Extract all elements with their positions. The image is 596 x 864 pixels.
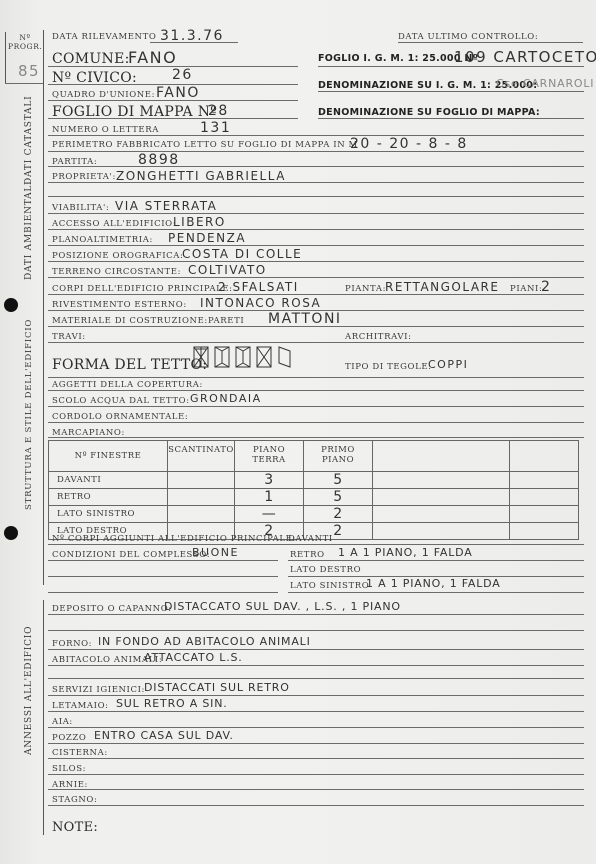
- silos-label: SILOS:: [52, 764, 86, 774]
- denominazione-mappa-label: DENOMINAZIONE SU FOGLIO DI MAPPA:: [318, 107, 540, 118]
- posizione-value[interactable]: COSTA DI COLLE: [182, 247, 302, 261]
- rule: [288, 560, 584, 561]
- punch-hole-top: [4, 298, 18, 312]
- tipo-tegole-value[interactable]: COPPI: [428, 358, 468, 371]
- data-ultimo-controllo-label: DATA ULTIMO CONTROLLO:: [398, 32, 538, 42]
- pozzo-label: POZZO: [52, 733, 86, 743]
- perimetro-label: PERIMETRO FABBRICATO LETTO SU FOGLIO DI …: [52, 140, 358, 150]
- rivestimento-value[interactable]: INTONACO ROSA: [200, 296, 321, 310]
- tipo-tegole-label: TIPO DI TEGOLE:: [345, 362, 432, 372]
- row-label: RETRO: [49, 489, 168, 506]
- rivestimento-label: RIVESTIMENTO ESTERNO:: [52, 300, 187, 310]
- table-row: DAVANTI 3 5: [49, 472, 579, 489]
- rule: [48, 245, 584, 246]
- quadro-unione-value[interactable]: FANO: [156, 85, 200, 101]
- corpi-lato-destro-label: LATO DESTRO: [290, 565, 361, 575]
- table-header-row: Nº FINESTRE SCANTINATO PIANO TERRA PRIMO…: [49, 441, 579, 472]
- travi-label: TRAVI:: [52, 332, 86, 342]
- col-header-primo-piano: PRIMO PIANO: [304, 441, 373, 472]
- rule: [318, 118, 584, 119]
- materiale-label: MATERIALE DI COSTRUZIONE:: [52, 316, 208, 326]
- cell-scantinato[interactable]: [168, 489, 235, 506]
- accesso-value[interactable]: LIBERO: [173, 215, 226, 229]
- rule: [48, 342, 584, 343]
- col-header-extra-2: [510, 441, 579, 472]
- rule: [48, 100, 298, 101]
- row-label: LATO SINISTRO: [49, 506, 168, 523]
- foglio-igm-value[interactable]: 109 CARTOCETO: [454, 48, 596, 66]
- rule: [48, 422, 584, 423]
- stagno-label: STAGNO:: [52, 795, 97, 805]
- cell-extra[interactable]: [510, 523, 579, 540]
- cell-extra[interactable]: [373, 506, 510, 523]
- rule: [48, 758, 584, 759]
- aggetti-label: AGGETTI DELLA COPERTURA:: [52, 380, 203, 390]
- posizione-label: POSIZIONE OROGRAFICA:: [52, 251, 183, 261]
- prog-box-bottom: [5, 83, 43, 84]
- prog-box-left: [5, 32, 6, 84]
- survey-form-sheet: Nº PROGR. 85 DATI CATASTALI DATI AMBIENT…: [0, 0, 596, 864]
- cell-scantinato[interactable]: [168, 472, 235, 489]
- col-header-scantinato: SCANTINATO: [168, 441, 235, 472]
- annessi-margin-line: [43, 600, 44, 835]
- cell-scantinato[interactable]: [168, 506, 235, 523]
- col-header-piano-terra: PIANO TERRA: [235, 441, 304, 472]
- row-label: DAVANTI: [49, 472, 168, 489]
- forno-value[interactable]: IN FONDO AD ABITACOLO ANIMALI: [98, 635, 311, 648]
- planoaltimetria-value[interactable]: PENDENZA: [168, 231, 246, 245]
- rule: [318, 66, 584, 67]
- scolo-label: SCOLO ACQUA DAL TETTO:: [52, 396, 190, 406]
- letamaio-label: LETAMAIO:: [52, 701, 109, 711]
- terreno-label: TERRENO CIRCOSTANTE:: [52, 267, 181, 277]
- scolo-value[interactable]: GRONDAIA: [190, 392, 262, 405]
- windows-table: Nº FINESTRE SCANTINATO PIANO TERRA PRIMO…: [48, 440, 579, 540]
- proprieta-label: PROPRIETA':: [52, 172, 116, 182]
- piani-value[interactable]: 2: [541, 279, 551, 295]
- section-struttura: STRUTTURA E STILE DELL'EDIFICIO: [24, 319, 34, 510]
- cordolo-label: CORDOLO ORNAMENTALE:: [52, 412, 188, 422]
- cell-extra[interactable]: [510, 506, 579, 523]
- deposito-value[interactable]: DISTACCATO SUL DAV. , L.S. , 1 PIANO: [164, 600, 401, 613]
- rule: [48, 151, 584, 152]
- form-margin-line: [43, 30, 44, 585]
- foglio-mappa-value[interactable]: 28: [208, 103, 229, 119]
- col-header-finestre: Nº FINESTRE: [49, 441, 168, 472]
- rule: [48, 377, 584, 378]
- materiale-value[interactable]: MATTONI: [268, 311, 342, 327]
- rule: [48, 576, 278, 577]
- denominazione-igm-value[interactable]: Cse CARNAROLI: [496, 77, 594, 90]
- rule: [48, 711, 584, 712]
- rule: [48, 560, 278, 561]
- deposito-label: DEPOSITO o CAPANNO:: [52, 604, 172, 614]
- rule: [48, 805, 584, 806]
- viabilita-value[interactable]: VIA STERRATA: [115, 199, 217, 213]
- rule: [398, 42, 583, 43]
- letamaio-value[interactable]: SUL RETRO A SIN.: [116, 697, 228, 710]
- comune-label: COMUNE:: [52, 51, 130, 67]
- rule: [48, 649, 584, 650]
- cell-extra[interactable]: [373, 523, 510, 540]
- civico-value[interactable]: 26: [172, 67, 193, 83]
- pianta-label: PIANTA:: [345, 284, 386, 294]
- rule: [48, 135, 584, 136]
- prog-value: 85: [18, 62, 40, 80]
- condizioni-label: CONDIZIONI DEL COMPLESSO:: [52, 550, 210, 560]
- rule: [48, 390, 584, 391]
- viabilita-label: VIABILITA':: [52, 203, 109, 213]
- rule: [48, 437, 584, 438]
- rule: [48, 544, 584, 545]
- condizioni-value[interactable]: BUONE: [192, 546, 239, 559]
- rule: [48, 727, 584, 728]
- punch-hole-bottom: [4, 526, 18, 540]
- rule: [48, 774, 584, 775]
- rule: [48, 743, 584, 744]
- rule: [48, 665, 584, 666]
- materiale-sub-label: PARETI: [208, 316, 244, 326]
- table-row: RETRO 1 5: [49, 489, 579, 506]
- rule: [48, 277, 584, 278]
- rule: [288, 592, 584, 593]
- rule: [48, 695, 584, 696]
- cisterna-label: CISTERNA:: [52, 748, 108, 758]
- cell-piano-terra[interactable]: 3: [235, 472, 304, 489]
- col-header-extra-1: [373, 441, 510, 472]
- architravi-label: ARCHITRAVI:: [345, 332, 412, 342]
- roof-shape-icons[interactable]: [193, 346, 303, 370]
- accesso-label: ACCESSO ALL'EDIFICIO:: [52, 219, 176, 229]
- prog-label: Nº PROGR.: [8, 33, 42, 51]
- corpi-lato-sinistro-value[interactable]: 1 A 1 PIANO, 1 FALDA: [366, 577, 501, 590]
- rule: [48, 261, 584, 262]
- rule: [48, 182, 584, 183]
- cell-extra[interactable]: [373, 472, 510, 489]
- rule: [48, 630, 584, 631]
- data-rilevamento-label: DATA RILEVAMENTO: [52, 32, 156, 42]
- rule: [150, 42, 238, 43]
- cell-extra[interactable]: [510, 489, 579, 506]
- corpi-label: CORPI DELL'EDIFICIO PRINCIPALE:: [52, 284, 233, 294]
- cell-piano-terra[interactable]: 1: [235, 489, 304, 506]
- rule: [48, 614, 584, 615]
- cell-piano-terra[interactable]: —: [235, 506, 304, 523]
- corpi-aggiunti-label: Nº CORPI AGGIUNTI ALL'EDIFICIO PRINCIPAL…: [52, 534, 296, 544]
- planoaltimetria-label: PLANOALTIMETRIA:: [52, 235, 153, 245]
- cell-primo-piano[interactable]: 5: [304, 472, 373, 489]
- section-dati-catastali: DATI CATASTALI: [24, 96, 34, 185]
- rule: [48, 118, 298, 119]
- corpi-value[interactable]: 2 SFALSATI: [218, 280, 299, 294]
- cell-extra[interactable]: [373, 489, 510, 506]
- servizi-label: SERVIZI IGIENICI:: [52, 685, 145, 695]
- forma-tetto-label: FORMA DEL TETTO:: [52, 357, 207, 373]
- proprieta-value[interactable]: ZONGHETTI GABRIELLA: [116, 169, 286, 183]
- pozzo-value[interactable]: ENTRO CASA SUL DAV.: [94, 729, 234, 742]
- forno-label: FORNO:: [52, 639, 92, 649]
- terreno-value[interactable]: COLTIVATO: [188, 263, 267, 277]
- cell-primo-piano[interactable]: 5: [304, 489, 373, 506]
- rule: [48, 229, 584, 230]
- rule: [48, 406, 584, 407]
- rule: [48, 196, 584, 197]
- rule: [48, 678, 584, 679]
- corpi-davanti-label: DAVANTI: [288, 534, 333, 544]
- corpi-retro-label: RETRO: [290, 550, 325, 560]
- piani-label: PIANI:: [510, 284, 542, 294]
- rule: [48, 326, 584, 327]
- abitacolo-value[interactable]: ATTACCATO L.S.: [144, 651, 243, 664]
- perimetro-value[interactable]: 20 - 20 - 8 - 8: [350, 136, 468, 152]
- rule: [48, 789, 584, 790]
- aia-label: AIA:: [52, 717, 73, 727]
- corpi-lato-sinistro-label: LATO SINISTRO: [290, 581, 369, 591]
- quadro-unione-label: QUADRO D'UNIONE:: [52, 90, 155, 100]
- servizi-value[interactable]: DISTACCATI SUL RETRO: [144, 681, 290, 694]
- cell-extra[interactable]: [510, 472, 579, 489]
- rule: [48, 166, 584, 167]
- note-label: NOTE:: [52, 820, 98, 835]
- table-row: LATO SINISTRO — 2: [49, 506, 579, 523]
- cell-primo-piano[interactable]: 2: [304, 506, 373, 523]
- numero-lettera-value[interactable]: 131: [200, 120, 231, 136]
- section-annessi: ANNESSI ALL'EDIFICIO: [24, 626, 34, 755]
- rule: [318, 91, 584, 92]
- rule: [48, 294, 584, 295]
- numero-lettera-label: NUMERO o LETTERA: [52, 125, 159, 135]
- rule: [48, 592, 278, 593]
- corpi-retro-value[interactable]: 1 A 1 PIANO, 1 FALDA: [338, 546, 473, 559]
- section-dati-ambientali: DATI AMBIENTALI: [24, 180, 34, 280]
- comune-value[interactable]: FANO: [128, 48, 177, 67]
- pianta-value[interactable]: RETTANGOLARE: [385, 280, 499, 294]
- rule: [48, 213, 584, 214]
